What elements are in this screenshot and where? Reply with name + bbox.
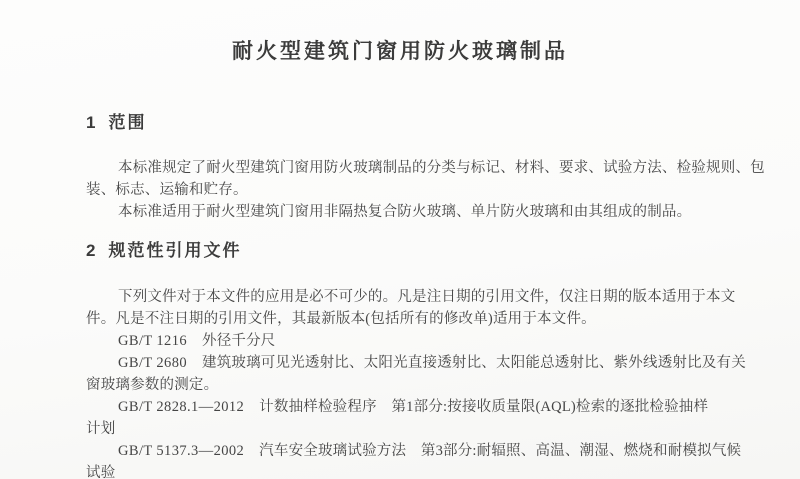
reference-entry: GB/T 5137.3—2002汽车安全玻璃试验方法 第3部分:耐辐照、高温、潮… xyxy=(86,440,746,462)
scanned-document-page: 耐火型建筑门窗用防火玻璃制品 1范围 本标准规定了耐火型建筑门窗用防火玻璃制品的… xyxy=(0,0,800,479)
document-body: 1范围 本标准规定了耐火型建筑门窗用防火玻璃制品的分类与标记、材料、要求、试验方… xyxy=(0,113,800,479)
paragraph-line: 下列文件对于本文件的应用是必不可少的。凡是注日期的引用文件，仅注日期的版本适用于… xyxy=(86,286,746,308)
reference-code: GB/T 5137.3—2002 xyxy=(118,443,244,459)
reference-code: GB/T 2680 xyxy=(118,355,187,371)
reference-entry: GB/T 2828.1—2012计数抽样检验程序 第1部分:按接收质量限(AQL… xyxy=(86,396,746,418)
reference-title: 汽车安全玻璃试验方法 第3部分:耐辐照、高温、潮湿、燃烧和耐模拟气候 xyxy=(259,443,741,459)
paragraph-line: 本标准适用于耐火型建筑门窗用非隔热复合防火玻璃、单片防火玻璃和由其组成的制品。 xyxy=(86,201,746,223)
reference-continuation-line: 窗玻璃参数的测定。 xyxy=(86,374,746,396)
section-2-number: 2 xyxy=(86,241,95,260)
document-title: 耐火型建筑门窗用防火玻璃制品 xyxy=(0,0,800,66)
reference-title: 建筑玻璃可见光透射比、太阳光直接透射比、太阳能总透射比、紫外线透射比及有关 xyxy=(202,355,746,371)
section-1-title: 范围 xyxy=(108,113,146,132)
reference-continuation-line: 试验 xyxy=(86,462,746,479)
reference-title: 外径千分尺 xyxy=(202,333,276,349)
reference-entry: GB/T 1216外径千分尺 xyxy=(86,330,746,352)
section-2-heading: 2规范性引用文件 xyxy=(86,241,746,260)
reference-entry: GB/T 2680建筑玻璃可见光透射比、太阳光直接透射比、太阳能总透射比、紫外线… xyxy=(86,352,746,374)
section-1-heading: 1范围 xyxy=(86,113,746,132)
reference-code: GB/T 2828.1—2012 xyxy=(118,399,244,415)
section-1-number: 1 xyxy=(86,113,95,132)
paragraph-line: 本标准规定了耐火型建筑门窗用防火玻璃制品的分类与标记、材料、要求、试验方法、检验… xyxy=(86,157,746,179)
paragraph-line: 装、标志、运输和贮存。 xyxy=(86,179,746,201)
section-2-title: 规范性引用文件 xyxy=(108,241,241,260)
reference-title: 计数抽样检验程序 第1部分:按接收质量限(AQL)检索的逐批检验抽样 xyxy=(259,399,708,415)
reference-continuation-line: 计划 xyxy=(86,418,746,440)
reference-code: GB/T 1216 xyxy=(118,333,187,349)
paragraph-line: 件。凡是不注日期的引用文件，其最新版本(包括所有的修改单)适用于本文件。 xyxy=(86,308,746,330)
